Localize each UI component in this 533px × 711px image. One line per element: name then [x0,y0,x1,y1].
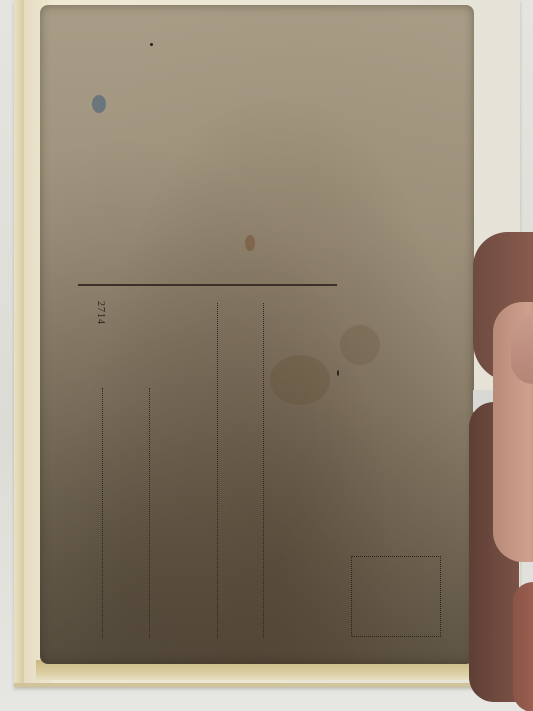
foxing-spot [245,235,255,251]
address-line-3 [217,303,218,638]
postcard-back: 2714 [40,5,474,664]
serial-number-wrap: 2714 [96,301,108,325]
address-line-1 [102,388,103,638]
finger [513,582,533,711]
blue-ink-stain [92,95,106,113]
serial-number: 2714 [95,301,106,331]
foxing-spot [150,43,153,46]
stamp-box [351,556,441,637]
sleeve-edge [14,0,24,683]
foxing-spot [337,370,339,376]
address-line-2 [149,388,150,638]
divider-line [78,284,337,286]
thumbnail [511,314,533,384]
foxing-spot [340,325,380,365]
hand [463,232,533,711]
address-line-4 [263,303,264,638]
foxing-spot [270,355,330,405]
